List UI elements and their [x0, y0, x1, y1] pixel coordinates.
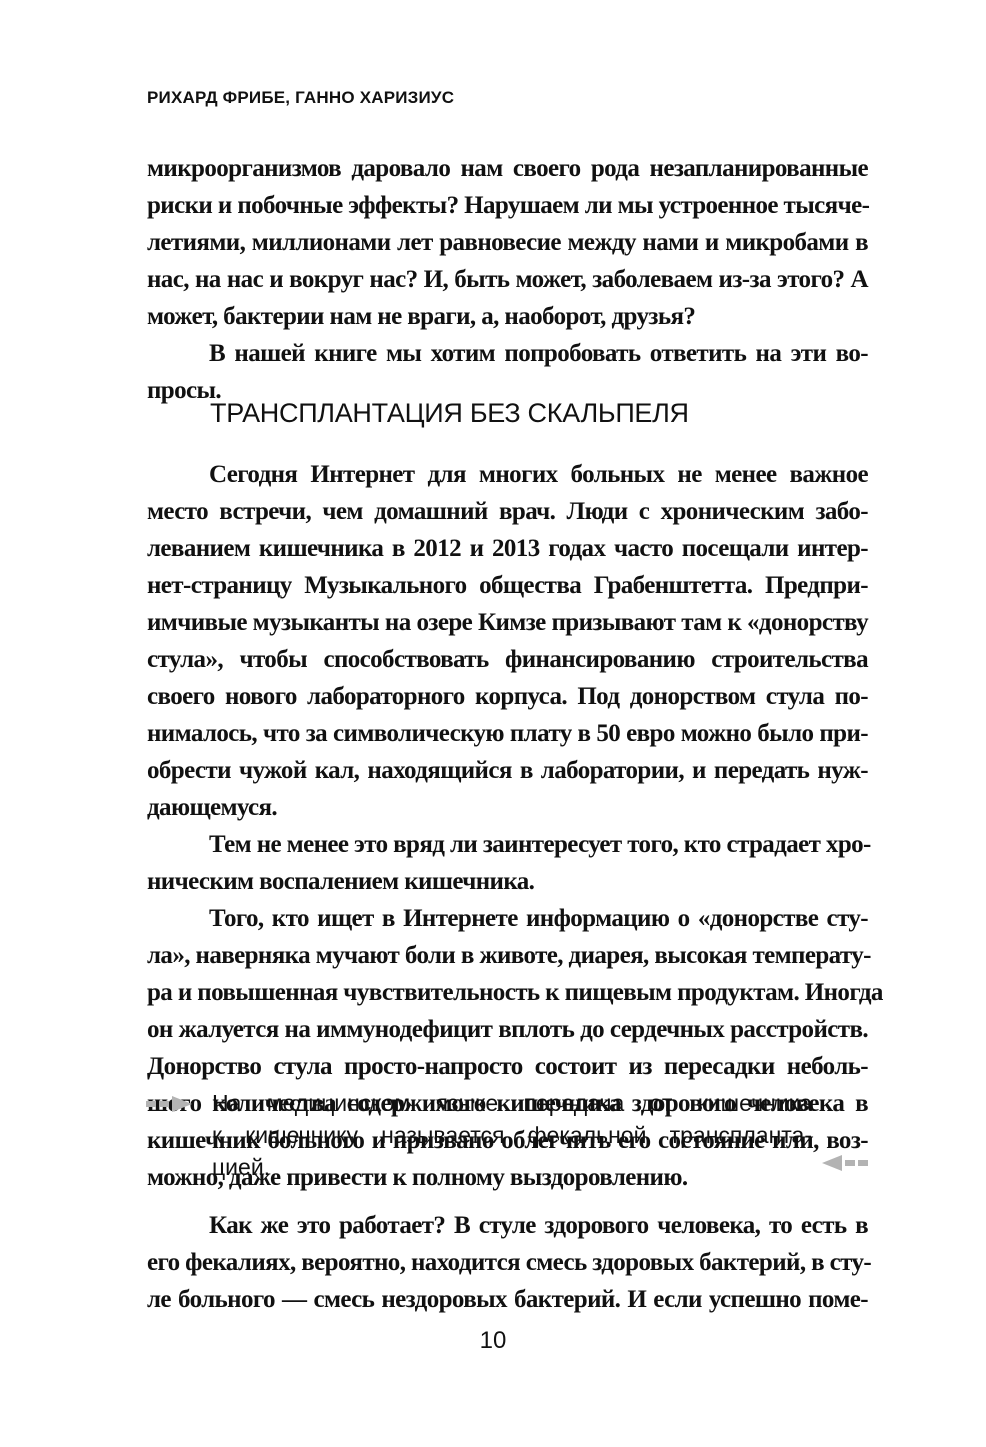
- text-line: Того, кто ищет в Интернете информацию о …: [147, 900, 868, 937]
- callout-quote: На медицинском языке передача от кишечни…: [212, 1087, 812, 1183]
- text-line: летиями, миллионами лет равновесие между…: [147, 224, 868, 261]
- text-line: Донорство стула просто-напросто состоит …: [147, 1048, 868, 1085]
- text-line: стула», чтобы способствовать финансирова…: [147, 641, 868, 678]
- section-heading: ТРАНСПЛАНТАЦИЯ БЕЗ СКАЛЬПЕЛЯ: [210, 398, 689, 429]
- text-line: ническим воспалением кишечника.: [147, 863, 868, 900]
- callout-line: к кишечнику называется фекальной транспл…: [212, 1119, 812, 1151]
- text-line: леванием кишечника в 2012 и 2013 годах ч…: [147, 530, 868, 567]
- text-line: имчивые музыканты на озере Кимзе призыва…: [147, 604, 868, 641]
- text-line: ра и повышенная чувствительность к пищев…: [147, 974, 868, 1011]
- text-line: Тем не менее это вряд ли заинтересует то…: [147, 826, 868, 863]
- text-line: нет-страницу Музыкального общества Грабе…: [147, 567, 868, 604]
- callout-line: На медицинском языке передача от кишечни…: [212, 1087, 812, 1119]
- text-line: микроорганизмов даровало нам своего рода…: [147, 150, 868, 187]
- paragraph: Сегодня Интернет для многих больных не м…: [147, 456, 868, 826]
- text-line: Сегодня Интернет для многих больных не м…: [147, 456, 868, 493]
- text-line: обрести чужой кал, находящийся в лаборат…: [147, 752, 868, 789]
- paragraph: микроорганизмов даровало нам своего рода…: [147, 150, 868, 335]
- intro-text-block: микроорганизмов даровало нам своего рода…: [147, 150, 868, 409]
- text-line: ле больного — смесь нездоровых бактерий.…: [147, 1281, 868, 1318]
- arrow-right-icon: [146, 1096, 192, 1112]
- book-page: РИХАРД ФРИБЕ, ГАННО ХАРИЗИУС микрооргани…: [0, 0, 986, 1447]
- closing-text-block: Как же это работает? В стуле здорового ч…: [147, 1207, 868, 1318]
- text-line: место встречи, чем домашний врач. Люди с…: [147, 493, 868, 530]
- page-number: 10: [0, 1327, 986, 1355]
- main-text-block: Сегодня Интернет для многих больных не м…: [147, 456, 868, 1196]
- text-line: дающемуся.: [147, 789, 868, 826]
- text-line: Как же это работает? В стуле здорового ч…: [147, 1207, 868, 1244]
- paragraph: Как же это работает? В стуле здорового ч…: [147, 1207, 868, 1318]
- text-line: нималось, что за символическую плату в 5…: [147, 715, 868, 752]
- text-line: ла», наверняка мучают боли в животе, диа…: [147, 937, 868, 974]
- callout-line: цией.: [212, 1151, 812, 1183]
- text-line: своего нового лабораторного корпуса. Под…: [147, 678, 868, 715]
- text-line: он жалуется на иммунодефицит вплоть до с…: [147, 1011, 868, 1048]
- running-head-authors: РИХАРД ФРИБЕ, ГАННО ХАРИЗИУС: [147, 88, 454, 108]
- text-line: его фекалиях, вероятно, находится смесь …: [147, 1244, 868, 1281]
- text-line: нас, на нас и вокруг нас? И, быть может,…: [147, 261, 868, 298]
- paragraph: Тем не менее это вряд ли заинтересует то…: [147, 826, 868, 900]
- arrow-left-icon: [822, 1155, 868, 1171]
- text-line: может, бактерии нам не враги, а, наоборо…: [147, 298, 868, 335]
- text-line: риски и побочные эффекты? Нарушаем ли мы…: [147, 187, 868, 224]
- text-line: В нашей книге мы хотим попробовать ответ…: [147, 335, 868, 372]
